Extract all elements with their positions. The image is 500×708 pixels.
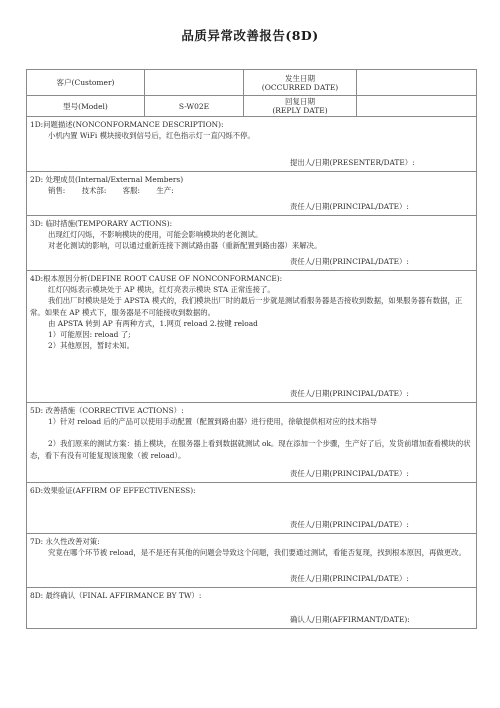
reply-date-label: 回复日期 (REPLY DATE) — [244, 96, 357, 116]
section-heading: 5D: 改善措施（CORRECTIVE ACTIONS）: — [30, 405, 472, 416]
member-tech: 技术部: — [82, 186, 107, 195]
reply-date-label-en: (REPLY DATE) — [272, 106, 327, 115]
header-row-customer: 客户(Customer) 发生日期 (OCCURRED DATE) — [27, 70, 476, 96]
section-3d-temporary-actions: 3D: 临时措施(TEMPORARY ACTIONS): 出现红灯闪烁，不影响模… — [27, 216, 476, 271]
section-text: 1）可能原因: reload 了; — [30, 329, 472, 340]
section-1d-nonconformance: 1D:问题描述(NONCONFORMANCE DESCRIPTION): 小机内… — [27, 117, 476, 172]
section-8d-final-affirmance: 8D: 最终确认（FINAL AFFIRMANCE BY TW）: 确认人/日期… — [27, 588, 476, 628]
member-production: 生产: — [156, 186, 173, 195]
report-form: 客户(Customer) 发生日期 (OCCURRED DATE) 型号(Mod… — [26, 69, 477, 629]
section-text: 究竟在哪个环节被 reload，是不是还有其他的问题会导致这个问题，我们要通过测… — [30, 547, 472, 558]
report-title: 品质异常改善报告(8D) — [0, 26, 500, 44]
member-service: 客服: — [123, 186, 140, 195]
section-text: 2）我们原来的测试方案：插上模块，在服务器上看到数据就测试 ok。现在添加一个步… — [30, 438, 472, 460]
model-label: 型号(Model) — [27, 96, 145, 116]
principal-signature-label: 责任人/日期(PRINCIPAL/DATE）: — [290, 256, 409, 267]
reply-date-label-cn: 回复日期 — [285, 97, 315, 106]
section-heading: 6D:效果验证(AFFIRM OF EFFECTIVENESS): — [30, 485, 472, 496]
section-text: 由 APSTA 转到 AP 有两种方式，1.网页 reload 2.按键 rel… — [30, 318, 472, 329]
occurred-date-label-cn: 发生日期 — [285, 74, 315, 83]
occurred-date-label-en: (OCCURRED DATE) — [262, 83, 338, 92]
section-heading: 3D: 临时措施(TEMPORARY ACTIONS): — [30, 218, 472, 229]
section-heading: 2D: 处理成员(Internal/External Members) — [30, 174, 472, 185]
header-row-model: 型号(Model) S-W02E 回复日期 (REPLY DATE) — [27, 96, 476, 117]
section-text: 出现红灯闪烁，不影响模块的使用，可能会影响模块的老化测试。 — [30, 229, 472, 240]
section-heading: 8D: 最终确认（FINAL AFFIRMANCE BY TW）: — [30, 590, 472, 601]
section-heading: 7D: 永久性改善对策: — [30, 536, 472, 547]
customer-field[interactable] — [145, 70, 244, 95]
principal-signature-label: 责任人/日期(PRINCIPAL/DATE）: — [290, 201, 409, 212]
section-text: 红灯闪烁表示模块处于 AP 模块，红灯亮表示模块 STA 正常连接了。 — [30, 284, 472, 295]
section-heading: 1D:问题描述(NONCONFORMANCE DESCRIPTION): — [30, 119, 472, 130]
members-list: 销售: 技术部: 客服: 生产: — [30, 185, 472, 196]
presenter-signature-label: 提出人/日期(PRESENTER/DATE）: — [290, 157, 415, 168]
reply-date-field[interactable] — [357, 96, 476, 116]
section-heading: 4D:根本原因分析(DEFINE ROOT CAUSE OF NONCONFOR… — [30, 273, 472, 284]
occurred-date-label: 发生日期 (OCCURRED DATE) — [244, 70, 357, 95]
affirmant-signature-label: 确认人/日期(AFFIRMANT/DATE): — [290, 614, 410, 625]
section-6d-effectiveness: 6D:效果验证(AFFIRM OF EFFECTIVENESS): 责任人/日期… — [27, 483, 476, 534]
section-text: 对老化测试的影响，可以通过重新连接下测试路由器（重新配置到路由器）来解决。 — [30, 240, 472, 251]
section-5d-corrective-actions: 5D: 改善措施（CORRECTIVE ACTIONS）: 1）针对 reloa… — [27, 403, 476, 483]
model-field[interactable]: S-W02E — [145, 96, 244, 116]
principal-signature-label: 责任人/日期(PRINCIPAL/DATE）: — [290, 468, 409, 479]
section-2d-members: 2D: 处理成员(Internal/External Members) 销售: … — [27, 172, 476, 216]
section-text: 我们出厂时模块是处于 APSTA 模式的，我们模块出厂时的最后一步就是测试看服务… — [30, 295, 472, 317]
customer-label: 客户(Customer) — [27, 70, 145, 95]
member-sales: 销售: — [48, 186, 65, 195]
principal-signature-label: 责任人/日期(PRINCIPAL/DATE）: — [290, 519, 409, 530]
principal-signature-label: 责任人/日期(PRINCIPAL/DATE）: — [290, 388, 409, 399]
section-7d-permanent-actions: 7D: 永久性改善对策: 究竟在哪个环节被 reload，是不是还有其他的问题会… — [27, 534, 476, 588]
section-text: 1）针对 reload 后的产品可以使用手动配置（配置到路由器）进行使用，徐敏提… — [30, 416, 472, 427]
section-text: 2）其他原因，暂时未知。 — [30, 340, 472, 351]
occurred-date-field[interactable] — [357, 70, 476, 95]
section-text: 小机内置 WiFi 模块接收到信号后，红色指示灯一直闪烁不停。 — [30, 130, 472, 141]
section-4d-root-cause: 4D:根本原因分析(DEFINE ROOT CAUSE OF NONCONFOR… — [27, 271, 476, 403]
principal-signature-label: 责任人/日期(PRINCIPAL/DATE）: — [290, 573, 409, 584]
